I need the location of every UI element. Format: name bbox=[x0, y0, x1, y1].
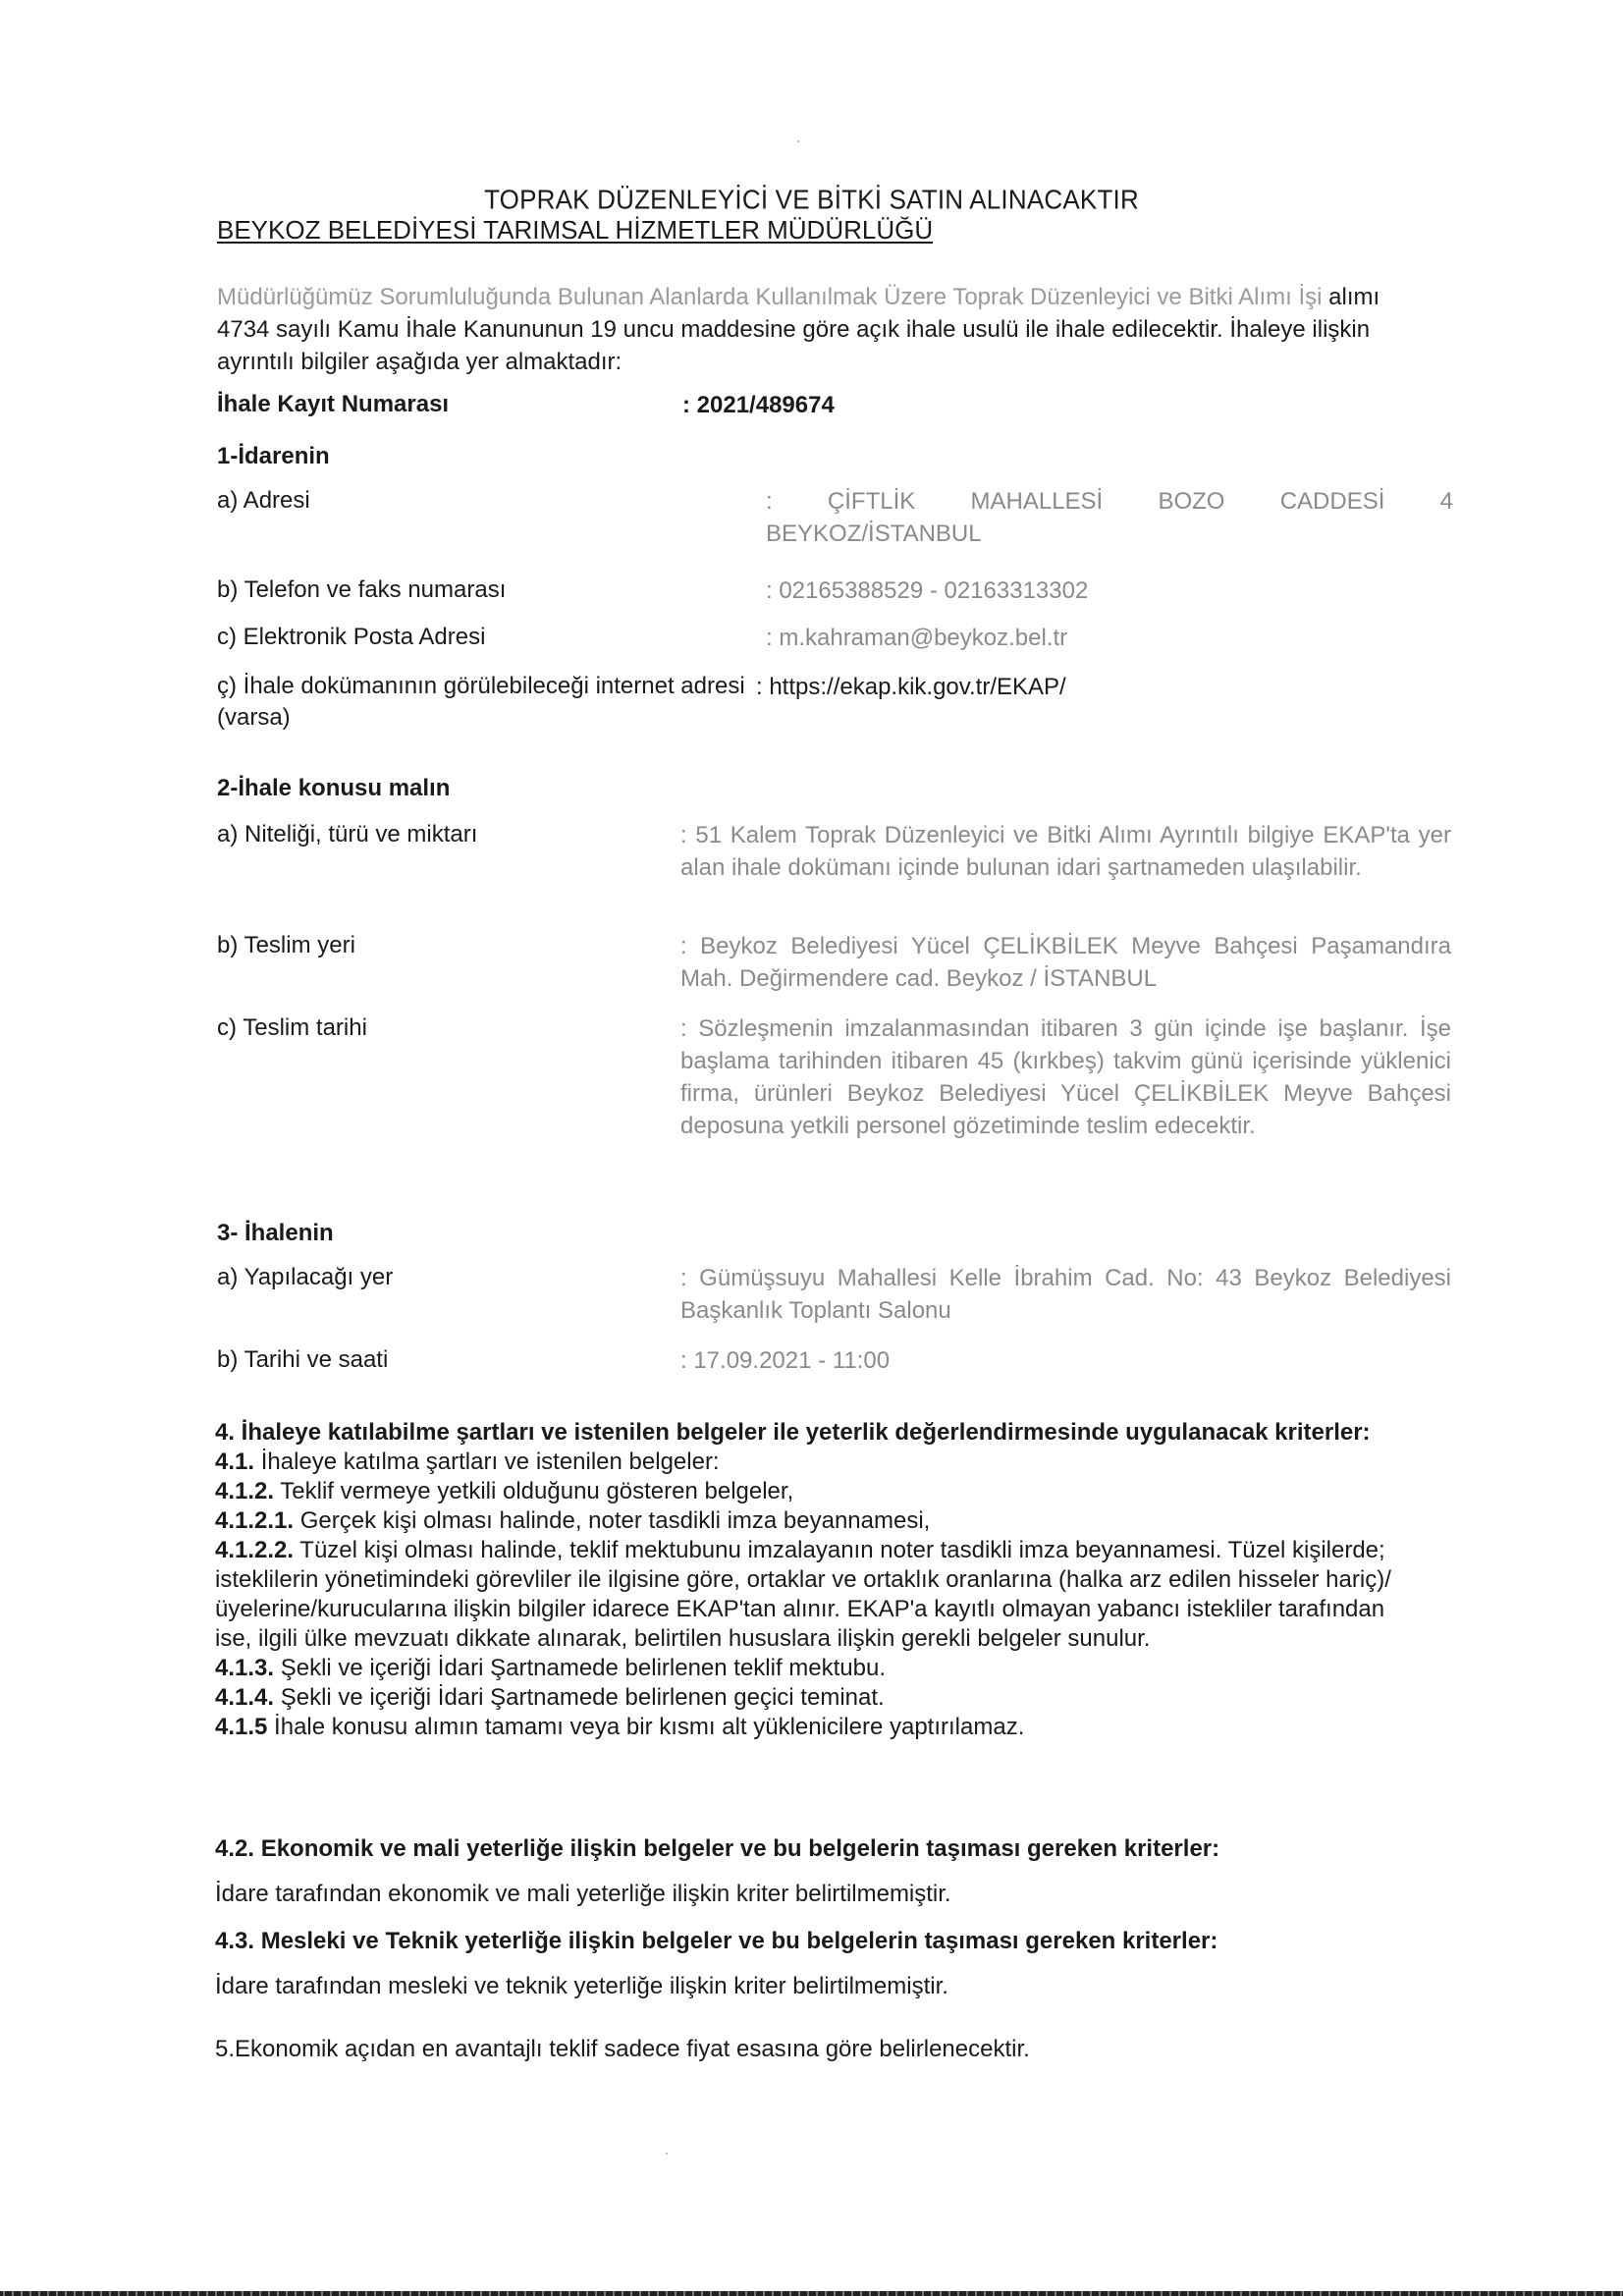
clause-num: 4.1.2.2. bbox=[215, 1537, 294, 1563]
clause-text: İhale konusu alımın tamamı veya bir kısm… bbox=[267, 1714, 1024, 1740]
section2-nature-value: : 51 Kalem Toprak Düzenleyici ve Bitki A… bbox=[680, 819, 1451, 884]
clause-num: 4.1. bbox=[215, 1449, 254, 1475]
document-subtitle: BEYKOZ BELEDİYESİ TARIMSAL HİZMETLER MÜD… bbox=[217, 215, 933, 246]
section1-email-value[interactable]: : m.kahraman@beykoz.bel.tr bbox=[766, 622, 1067, 654]
section2-delivery-date-value: : Sözleşmenin imzalanmasından itibaren 3… bbox=[680, 1012, 1451, 1142]
section4-2-text: İdare tarafından ekonomik ve mali yeterl… bbox=[215, 1880, 1442, 1909]
section4-3-heading: 4.3. Mesleki ve Teknik yeterliğe ilişkin… bbox=[215, 1927, 1442, 1956]
section3-datetime-label: b) Tarihi ve saati bbox=[217, 1344, 388, 1376]
section3-place-value: : Gümüşsuyu Mahallesi Kelle İbrahim Cad.… bbox=[680, 1262, 1451, 1327]
clause-text: Teklif vermeye yetkili olduğunu gösteren… bbox=[274, 1478, 793, 1504]
clause-num: 4.1.2. bbox=[215, 1478, 274, 1504]
section1-web-label: ç) İhale dokümanının görülebileceği inte… bbox=[217, 671, 762, 734]
section1-address-label: a) Adresi bbox=[217, 485, 310, 517]
clause-4-1-4: 4.1.4. Şekli ve içeriği İdari Şartnamede… bbox=[215, 1683, 1442, 1713]
section5-text: 5.Ekonomik açıdan en avantajlı teklif sa… bbox=[215, 2035, 1442, 2064]
registration-label: İhale Kayıt Numarası bbox=[217, 389, 449, 420]
section1-heading: 1-İdarenin bbox=[217, 441, 330, 472]
section1-phone-label: b) Telefon ve faks numarası bbox=[217, 574, 506, 606]
section2-delivery-date-label: c) Teslim tarihi bbox=[217, 1012, 367, 1044]
scan-bottom-edge bbox=[0, 2291, 1623, 2296]
clause-num: 4.1.5 bbox=[215, 1714, 267, 1740]
section1-address-value: : ÇİFTLİK MAHALLESİ BOZO CADDESİ 4 BEYKO… bbox=[766, 485, 1453, 550]
clause-text: Şekli ve içeriği İdari Şartnamede belirl… bbox=[274, 1655, 886, 1681]
section3-place-label: a) Yapılacağı yer bbox=[217, 1262, 393, 1293]
clause-4-1-2: 4.1.2. Teklif vermeye yetkili olduğunu g… bbox=[215, 1477, 1442, 1506]
registration-value: : 2021/489674 bbox=[682, 389, 835, 421]
intro-paragraph: Müdürlüğümüz Sorumluluğunda Bulunan Alan… bbox=[217, 281, 1430, 378]
intro-faint-text: Müdürlüğümüz Sorumluluğunda Bulunan Alan… bbox=[217, 284, 1322, 310]
section3-datetime-value: : 17.09.2021 - 11:00 bbox=[680, 1344, 890, 1377]
clause-num: 4.1.3. bbox=[215, 1655, 274, 1681]
clause-4-1: 4.1. İhaleye katılma şartları ve istenil… bbox=[215, 1448, 1442, 1477]
section1-phone-value: : 02165388529 - 02163313302 bbox=[766, 574, 1088, 607]
clause-text: İhaleye katılma şartları ve istenilen be… bbox=[254, 1449, 720, 1475]
section1-web-value[interactable]: : https://ekap.kik.gov.tr/EKAP/ bbox=[756, 671, 1066, 703]
section4-block: 4. İhaleye katılabilme şartları ve isten… bbox=[215, 1418, 1442, 1742]
clause-4-1-5: 4.1.5 İhale konusu alımın tamamı veya bi… bbox=[215, 1713, 1442, 1742]
section2-nature-label: a) Niteliği, türü ve miktarı bbox=[217, 819, 477, 850]
document-title: TOPRAK DÜZENLEYİCİ VE BİTKİ SATIN ALINAC… bbox=[0, 184, 1623, 216]
section2-delivery-place-value: : Beykoz Belediyesi Yücel ÇELİKBİLEK Mey… bbox=[680, 930, 1451, 995]
clause-4-1-3: 4.1.3. Şekli ve içeriği İdari Şartnamede… bbox=[215, 1654, 1442, 1683]
document-page: TOPRAK DÜZENLEYİCİ VE BİTKİ SATIN ALINAC… bbox=[0, 0, 1623, 2296]
clause-num: 4.1.4. bbox=[215, 1684, 274, 1711]
clause-num: 4.1.2.1. bbox=[215, 1507, 294, 1534]
section2-delivery-place-label: b) Teslim yeri bbox=[217, 930, 355, 961]
section2-heading: 2-İhale konusu malın bbox=[217, 773, 450, 804]
clause-text: Gerçek kişi olması halinde, noter tasdik… bbox=[294, 1507, 930, 1534]
section4-2-heading: 4.2. Ekonomik ve mali yeterliğe ilişkin … bbox=[215, 1834, 1442, 1864]
section4-heading: 4. İhaleye katılabilme şartları ve isten… bbox=[215, 1418, 1442, 1448]
section4-3-text: İdare tarafından mesleki ve teknik yeter… bbox=[215, 1972, 1442, 2001]
clause-4-1-2-2: 4.1.2.2. Tüzel kişi olması halinde, tekl… bbox=[215, 1536, 1428, 1654]
section1-email-label: c) Elektronik Posta Adresi bbox=[217, 622, 485, 653]
clause-4-1-2-1: 4.1.2.1. Gerçek kişi olması halinde, not… bbox=[215, 1506, 1442, 1536]
clause-text: Şekli ve içeriği İdari Şartnamede belirl… bbox=[274, 1684, 885, 1711]
clause-text: Tüzel kişi olması halinde, teklif mektub… bbox=[215, 1537, 1391, 1652]
scan-speck bbox=[666, 2153, 668, 2155]
section3-heading: 3- İhalenin bbox=[217, 1218, 334, 1249]
scan-speck bbox=[797, 140, 799, 142]
